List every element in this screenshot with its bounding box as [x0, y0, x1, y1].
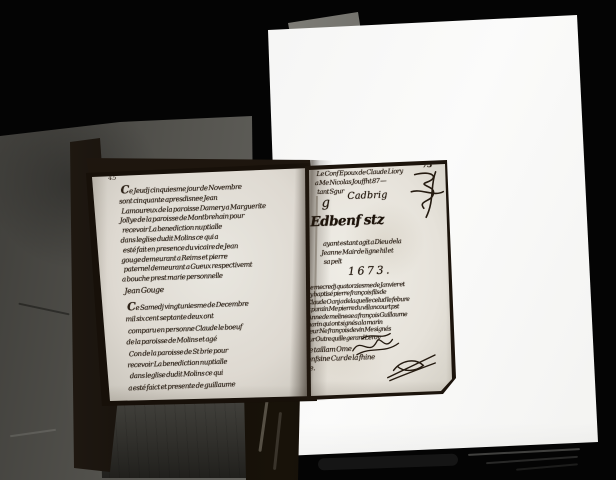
gutter-shadow — [289, 160, 333, 401]
floor-smudge — [318, 454, 458, 471]
year-1673: 1673. — [348, 263, 392, 278]
entry-intro-lines: ayant estant agit a Dieu delaJeanne Mair… — [321, 237, 402, 267]
marriage-entry-2: Ce Samedj vingtuniesme de Decembremil si… — [125, 297, 252, 395]
paraph-bottom-icon — [385, 352, 438, 382]
left-page: 45 Ce Jeudj cinquiesme jour de Novembres… — [84, 160, 320, 410]
signature-witness: Cadbrig — [347, 190, 388, 202]
book-edge-streak — [516, 463, 578, 470]
archive-photo: 45 Ce Jeudj cinquiesme jour de Novembres… — [0, 0, 616, 480]
marriage-entry-1: Ce Jeudj cinquiesme jour de Novembresont… — [118, 180, 269, 296]
book-edge-streak — [468, 448, 580, 456]
paraph-flourish-icon — [409, 170, 447, 221]
book-edge-streak — [486, 456, 578, 464]
